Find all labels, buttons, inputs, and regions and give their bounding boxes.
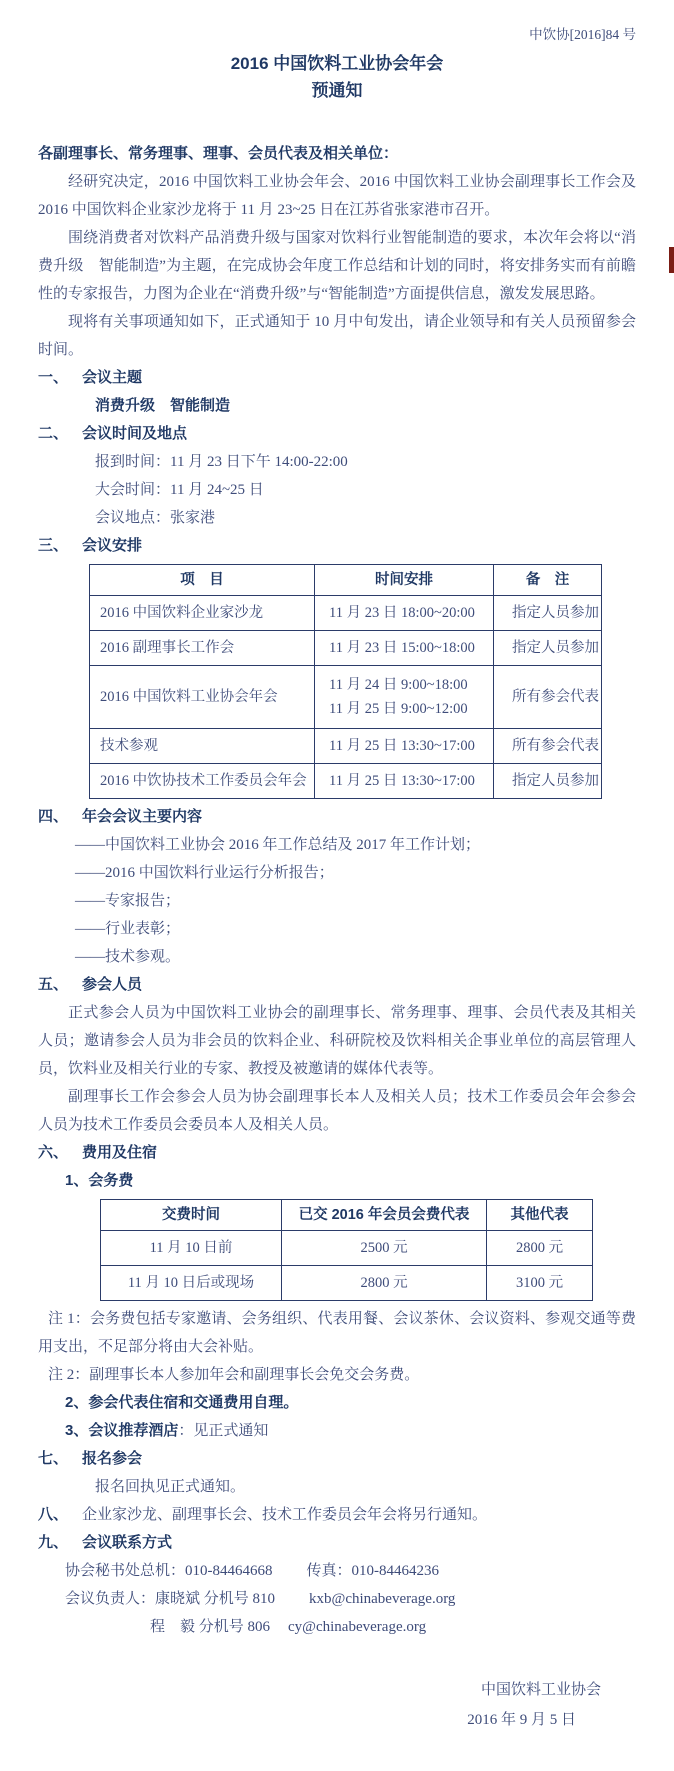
section-heading-3: 三、会议安排: [38, 532, 636, 560]
attendees-paragraph-2: 副理事长工作会参会人员为协会副理事长本人及相关人员；技术工作委员会年会参会人员为…: [38, 1083, 636, 1139]
section-title: 报名参会: [82, 1450, 142, 1467]
fee-header-time: 交费时间: [101, 1200, 282, 1231]
contact-person-2: 程 毅 分机号 806: [150, 1619, 270, 1635]
section-heading-4: 四、年会会议主要内容: [38, 803, 636, 831]
contact-email-1: kxb@chinabeverage.org: [309, 1591, 455, 1607]
fee-note-1: 注 1：会务费包括专家邀请、会务组织、代表用餐、会议茶休、会议资料、参观交通等费…: [38, 1305, 636, 1361]
section-heading-6: 六、费用及住宿: [38, 1139, 636, 1167]
signature-date: 2016 年 9 月 5 日: [38, 1705, 576, 1735]
section-number: 九、: [38, 1529, 82, 1557]
fee-cell-time: 11 月 10 日后或现场: [101, 1266, 282, 1301]
schedule-header-note: 备 注: [494, 565, 602, 596]
scrollbar-marker[interactable]: [669, 247, 674, 273]
schedule-cell-note: 指定人员参加: [494, 764, 602, 799]
section-number: 二、: [38, 420, 82, 448]
contact-line-person-1: 会议负责人：康晓斌 分机号 810kxb@chinabeverage.org: [65, 1585, 636, 1613]
fee-cell-member: 2500 元: [282, 1231, 487, 1266]
hotel-subsection: 3、会议推荐酒店：见正式通知: [65, 1417, 636, 1445]
fee-cell-member: 2800 元: [282, 1266, 487, 1301]
contact-person-1: 会议负责人：康晓斌 分机号 810: [65, 1591, 275, 1607]
schedule-cell-note: 所有参会代表: [494, 729, 602, 764]
section-body: 企业家沙龙、副理事长会、技术工作委员会年会将另行通知。: [82, 1507, 487, 1523]
fee-row: 11 月 10 日后或现场 2800 元 3100 元: [101, 1266, 593, 1301]
section-heading-9: 九、会议联系方式: [38, 1529, 636, 1557]
schedule-cell-time: 11 月 25 日 13:30~17:00: [315, 729, 494, 764]
schedule-header-item: 项 目: [90, 565, 315, 596]
fee-cell-other: 3100 元: [487, 1266, 593, 1301]
fee-header-row: 交费时间 已交 2016 年会员会费代表 其他代表: [101, 1200, 593, 1231]
meeting-theme: 消费升级 智能制造: [95, 392, 636, 420]
schedule-row: 2016 中饮协技术工作委员会年会 11 月 25 日 13:30~17:00 …: [90, 764, 602, 799]
schedule-table: 项 目 时间安排 备 注 2016 中国饮料企业家沙龙 11 月 23 日 18…: [89, 564, 602, 799]
section-number: 三、: [38, 532, 82, 560]
section-number: 六、: [38, 1139, 82, 1167]
hotel-subsection-label: 3、会议推荐酒店: [65, 1422, 178, 1439]
section-number: 五、: [38, 971, 82, 999]
doc-title: 2016 中国饮料工业协会年会: [38, 50, 636, 77]
section-heading-5: 五、参会人员: [38, 971, 636, 999]
schedule-cell-item: 技术参观: [90, 729, 315, 764]
schedule-cell-time: 11 月 23 日 18:00~20:00: [315, 596, 494, 631]
attendees-paragraph-1: 正式参会人员为中国饮料工业协会的副理事长、常务理事、理事、会员代表及其相关人员；…: [38, 999, 636, 1083]
section-heading-7: 七、报名参会: [38, 1445, 636, 1473]
schedule-cell-item: 2016 中国饮料工业协会年会: [90, 666, 315, 729]
fax-number: 传真：010-84464236: [307, 1563, 440, 1579]
schedule-cell-time: 11 月 25 日 13:30~17:00: [315, 764, 494, 799]
section-title: 会议主题: [82, 369, 142, 386]
section-title: 会议时间及地点: [82, 425, 187, 442]
intro-paragraph-3: 现将有关事项通知如下，正式通知于 10 月中旬发出，请企业领导和有关人员预留参会…: [38, 308, 636, 364]
conference-time-line: 大会时间：11 月 24~25 日: [95, 476, 636, 504]
contact-line-person-2: 程 毅 分机号 806cy@chinabeverage.org: [150, 1613, 636, 1641]
section-heading-2: 二、会议时间及地点: [38, 420, 636, 448]
agenda-item: ——中国饮料工业协会 2016 年工作总结及 2017 年工作计划；: [75, 831, 636, 859]
section-number: 八、: [38, 1501, 82, 1529]
section-number: 四、: [38, 803, 82, 831]
signature-block: 中国饮料工业协会 2016 年 9 月 5 日: [38, 1675, 636, 1735]
agenda-item: ——专家报告；: [75, 887, 636, 915]
agenda-item: ——行业表彰；: [75, 915, 636, 943]
fee-table: 交费时间 已交 2016 年会员会费代表 其他代表 11 月 10 日前 250…: [100, 1199, 593, 1301]
fee-row: 11 月 10 日前 2500 元 2800 元: [101, 1231, 593, 1266]
agenda-item: ——技术参观。: [75, 943, 636, 971]
fee-header-other: 其他代表: [487, 1200, 593, 1231]
schedule-cell-note: 指定人员参加: [494, 596, 602, 631]
section-title: 参会人员: [82, 976, 142, 993]
salutation: 各副理事长、常务理事、理事、会员代表及相关单位：: [38, 140, 636, 168]
schedule-row: 2016 中国饮料企业家沙龙 11 月 23 日 18:00~20:00 指定人…: [90, 596, 602, 631]
schedule-row: 2016 副理事长工作会 11 月 23 日 15:00~18:00 指定人员参…: [90, 631, 602, 666]
section-title: 年会会议主要内容: [82, 808, 202, 825]
schedule-row: 技术参观 11 月 25 日 13:30~17:00 所有参会代表: [90, 729, 602, 764]
schedule-cell-item: 2016 中国饮料企业家沙龙: [90, 596, 315, 631]
fee-cell-time: 11 月 10 日前: [101, 1231, 282, 1266]
schedule-cell-note: 指定人员参加: [494, 631, 602, 666]
agenda-item: ——2016 中国饮料行业运行分析报告；: [75, 859, 636, 887]
fee-header-member: 已交 2016 年会员会费代表: [282, 1200, 487, 1231]
fee-cell-other: 2800 元: [487, 1231, 593, 1266]
section-number: 七、: [38, 1445, 82, 1473]
doc-subtitle: 预通知: [38, 77, 636, 104]
schedule-cell-note: 所有参会代表: [494, 666, 602, 729]
fee-note-2: 注 2：副理事长本人参加年会和副理事长会免交会务费。: [38, 1361, 636, 1389]
lodging-subsection: 2、参会代表住宿和交通费用自理。: [65, 1389, 636, 1417]
schedule-header-time: 时间安排: [315, 565, 494, 596]
registration-time-line: 报到时间：11 月 23 日下午 14:00-22:00: [95, 448, 636, 476]
secretariat-phone: 协会秘书处总机：010-84464668: [65, 1563, 273, 1579]
section-title: 会议联系方式: [82, 1534, 172, 1551]
fee-subsection-title: 1、会务费: [65, 1167, 636, 1195]
section-title: 会议安排: [82, 537, 142, 554]
schedule-cell-time: 11 月 24 日 9:00~18:00 11 月 25 日 9:00~12:0…: [315, 666, 494, 729]
conference-place-line: 会议地点：张家港: [95, 504, 636, 532]
section-heading-1: 一、会议主题: [38, 364, 636, 392]
intro-paragraph-2: 围绕消费者对饮料产品消费升级与国家对饮料行业智能制造的要求，本次年会将以“消费升…: [38, 224, 636, 308]
doc-number: 中饮协[2016]84 号: [38, 22, 636, 48]
section-title: 费用及住宿: [82, 1144, 157, 1161]
notice-document: 中饮协[2016]84 号 2016 中国饮料工业协会年会 预通知 各副理事长、…: [0, 0, 674, 1771]
schedule-cell-item: 2016 副理事长工作会: [90, 631, 315, 666]
section-heading-8: 八、企业家沙龙、副理事长会、技术工作委员会年会将另行通知。: [38, 1501, 636, 1529]
registration-note: 报名回执见正式通知。: [95, 1473, 636, 1501]
schedule-header-row: 项 目 时间安排 备 注: [90, 565, 602, 596]
signature-org: 中国饮料工业协会: [38, 1675, 601, 1705]
schedule-row: 2016 中国饮料工业协会年会 11 月 24 日 9:00~18:00 11 …: [90, 666, 602, 729]
schedule-cell-item: 2016 中饮协技术工作委员会年会: [90, 764, 315, 799]
schedule-cell-time: 11 月 23 日 15:00~18:00: [315, 631, 494, 666]
contact-email-2: cy@chinabeverage.org: [288, 1619, 426, 1635]
hotel-subsection-value: ：见正式通知: [178, 1423, 268, 1439]
intro-paragraph-1: 经研究决定，2016 中国饮料工业协会年会、2016 中国饮料工业协会副理事长工…: [38, 168, 636, 224]
contact-line-phone-fax: 协会秘书处总机：010-84464668传真：010-84464236: [65, 1557, 636, 1585]
section-number: 一、: [38, 364, 82, 392]
